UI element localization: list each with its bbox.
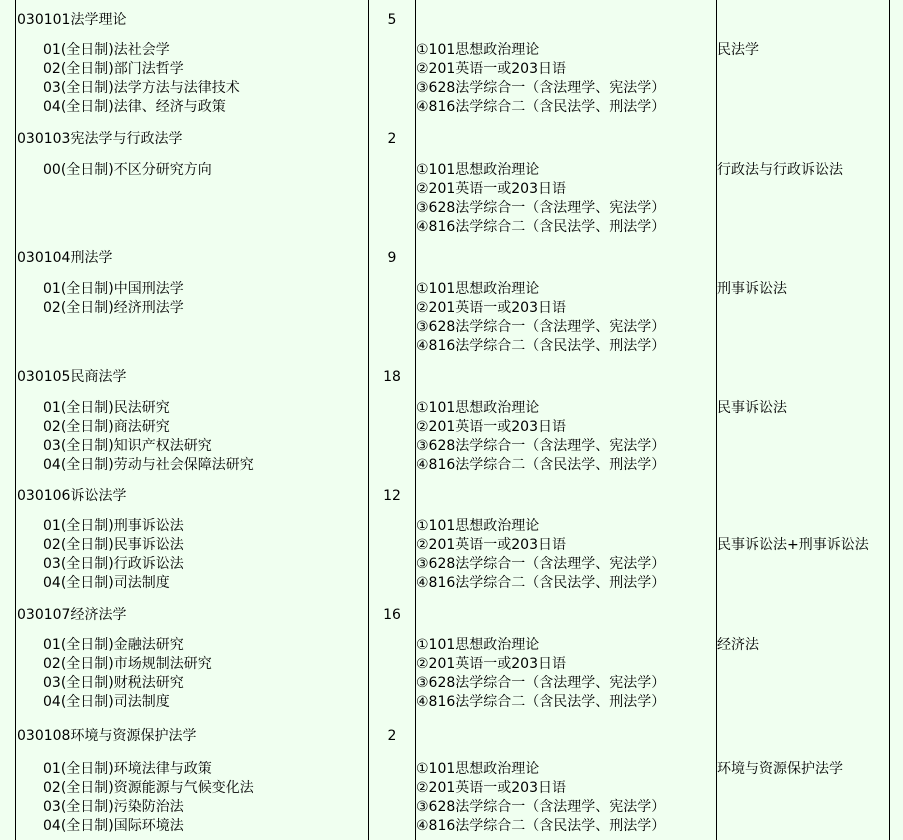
research-direction: 04(全日制)国际环境法 [17,817,254,836]
research-direction: 02(全日制)部门法哲学 [17,60,240,79]
exam-subject: ①101思想政治理论 [416,517,665,536]
table-border-count-left [368,0,369,840]
exam-subject: ④816法学综合二（含民法学、刑法学） [416,817,665,836]
enrollment-count: 2 [369,130,415,149]
exam-subject: ③628法学综合一（含法理学、宪法学） [416,674,665,693]
exam-subjects: ①101思想政治理论②201英语一或203日语③628法学综合一（含法理学、宪法… [416,280,665,356]
research-direction: 01(全日制)金融法研究 [17,636,212,655]
research-direction: 04(全日制)法律、经济与政策 [17,98,240,117]
research-directions: 01(全日制)环境法律与政策02(全日制)资源能源与气候变化法03(全日制)污染… [17,760,254,836]
exam-subject: ②201英语一或203日语 [416,536,665,555]
exam-subject: ②201英语一或203日语 [416,299,665,318]
research-direction: 01(全日制)中国刑法学 [17,280,184,299]
exam-subject: ④816法学综合二（含民法学、刑法学） [416,218,665,237]
research-direction: 03(全日制)知识产权法研究 [17,437,254,456]
exam-subject: ④816法学综合二（含民法学、刑法学） [416,693,665,712]
major-name: 030105民商法学 [17,368,126,387]
exam-subject: ④816法学综合二（含民法学、刑法学） [416,337,665,356]
research-direction: 01(全日制)环境法律与政策 [17,760,254,779]
retest-subject-note: 刑事诉讼法 [717,280,787,299]
retest-subject-note: 行政法与行政诉讼法 [717,161,843,180]
exam-subject: ③628法学综合一（含法理学、宪法学） [416,437,665,456]
exam-subjects: ①101思想政治理论②201英语一或203日语③628法学综合一（含法理学、宪法… [416,399,665,475]
research-direction: 04(全日制)劳动与社会保障法研究 [17,456,254,475]
retest-subject-note: 环境与资源保护法学 [717,760,843,779]
research-direction: 01(全日制)法社会学 [17,41,240,60]
research-direction: 01(全日制)刑事诉讼法 [17,517,184,536]
exam-subject: ③628法学综合一（含法理学、宪法学） [416,79,665,98]
major-name: 030106诉讼法学 [17,487,126,506]
exam-subject: ③628法学综合一（含法理学、宪法学） [416,318,665,337]
exam-subjects: ①101思想政治理论②201英语一或203日语③628法学综合一（含法理学、宪法… [416,161,665,237]
retest-subject-note: 经济法 [717,636,759,655]
exam-subjects: ①101思想政治理论②201英语一或203日语③628法学综合一（含法理学、宪法… [416,41,665,117]
exam-subjects: ①101思想政治理论②201英语一或203日语③628法学综合一（含法理学、宪法… [416,760,665,836]
major-name: 030103宪法学与行政法学 [17,130,182,149]
retest-subject-note: 民法学 [717,41,759,60]
major-name: 030107经济法学 [17,606,126,625]
exam-subject: ①101思想政治理论 [416,399,665,418]
research-directions: 01(全日制)中国刑法学02(全日制)经济刑法学 [17,280,184,318]
exam-subject: ②201英语一或203日语 [416,418,665,437]
exam-subject: ④816法学综合二（含民法学、刑法学） [416,456,665,475]
table-border-note-left [716,0,717,840]
research-direction: 00(全日制)不区分研究方向 [17,161,212,180]
retest-subject-note: 民事诉讼法 [717,399,787,418]
exam-subjects: ①101思想政治理论②201英语一或203日语③628法学综合一（含法理学、宪法… [416,517,665,593]
exam-subject: ②201英语一或203日语 [416,655,665,674]
enrollment-count: 16 [369,606,415,625]
exam-subject: ③628法学综合一（含法理学、宪法学） [416,798,665,817]
exam-subject: ②201英语一或203日语 [416,60,665,79]
research-directions: 00(全日制)不区分研究方向 [17,161,212,180]
major-name: 030101法学理论 [17,11,126,30]
exam-subject: ③628法学综合一（含法理学、宪法学） [416,555,665,574]
research-direction: 04(全日制)司法制度 [17,693,212,712]
exam-subject: ②201英语一或203日语 [416,779,665,798]
research-direction: 04(全日制)司法制度 [17,574,184,593]
enrollment-count: 5 [369,11,415,30]
research-direction: 03(全日制)污染防治法 [17,798,254,817]
research-directions: 01(全日制)刑事诉讼法02(全日制)民事诉讼法03(全日制)行政诉讼法04(全… [17,517,184,593]
enrollment-count: 9 [369,249,415,268]
enrollment-count: 18 [369,368,415,387]
research-direction: 02(全日制)资源能源与气候变化法 [17,779,254,798]
research-direction: 02(全日制)市场规制法研究 [17,655,212,674]
research-direction: 03(全日制)财税法研究 [17,674,212,693]
research-direction: 02(全日制)商法研究 [17,418,254,437]
enrollment-count: 12 [369,487,415,506]
research-directions: 01(全日制)法社会学02(全日制)部门法哲学03(全日制)法学方法与法律技术0… [17,41,240,117]
table-border-left [15,0,16,840]
research-directions: 01(全日制)金融法研究02(全日制)市场规制法研究03(全日制)财税法研究04… [17,636,212,712]
exam-subject: ①101思想政治理论 [416,636,665,655]
research-direction: 03(全日制)行政诉讼法 [17,555,184,574]
exam-subject: ④816法学综合二（含民法学、刑法学） [416,98,665,117]
exam-subject: ①101思想政治理论 [416,161,665,180]
enrollment-count: 2 [369,727,415,746]
research-direction: 02(全日制)民事诉讼法 [17,536,184,555]
research-directions: 01(全日制)民法研究02(全日制)商法研究03(全日制)知识产权法研究04(全… [17,399,254,475]
research-direction: 02(全日制)经济刑法学 [17,299,184,318]
research-direction: 01(全日制)民法研究 [17,399,254,418]
retest-subject-note: 民事诉讼法+刑事诉讼法 [717,536,869,555]
exam-subject: ①101思想政治理论 [416,760,665,779]
major-name: 030108环境与资源保护法学 [17,727,196,746]
table-border-right [889,0,890,840]
exam-subject: ③628法学综合一（含法理学、宪法学） [416,199,665,218]
exam-subject: ④816法学综合二（含民法学、刑法学） [416,574,665,593]
exam-subject: ②201英语一或203日语 [416,180,665,199]
exam-subjects: ①101思想政治理论②201英语一或203日语③628法学综合一（含法理学、宪法… [416,636,665,712]
research-direction: 03(全日制)法学方法与法律技术 [17,79,240,98]
exam-subject: ①101思想政治理论 [416,280,665,299]
exam-subject: ①101思想政治理论 [416,41,665,60]
major-name: 030104刑法学 [17,249,112,268]
